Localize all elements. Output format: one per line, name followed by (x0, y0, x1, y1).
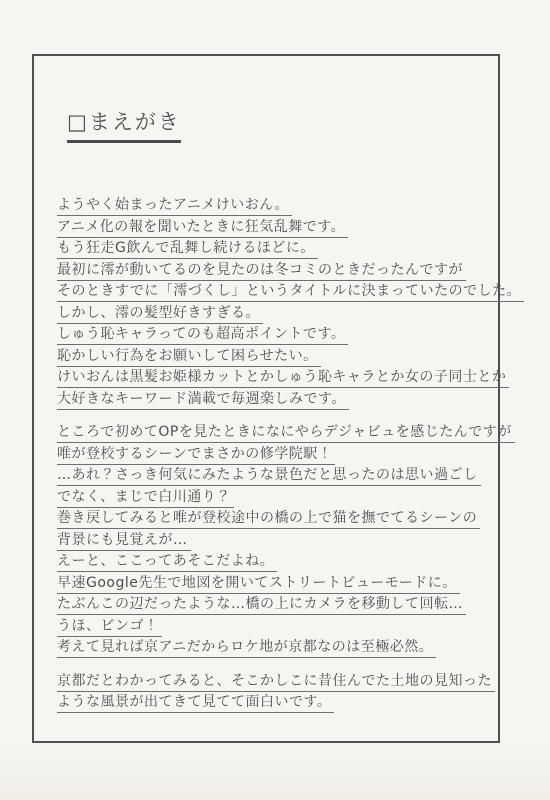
text-line-text: …あれ？さっき何気にみたような景色だと思ったのは思い過ごし (57, 466, 481, 486)
text-line: 大好きなキーワード満載で毎週楽しみです。 (57, 390, 497, 412)
text-line-text: 背景にも見覚えが… (57, 531, 191, 551)
text-line: 恥かしい行為をお願いして困らせたい。 (57, 347, 497, 369)
paragraph-3: 京都だとわかってみると、そこかしこに昔住んでた土地の見知った ような風景が出てき… (57, 672, 497, 715)
text-line-text: アニメ化の報を聞いたときに狂気乱舞です。 (57, 218, 348, 238)
text-line: 考えて見れば京アニだからロケ地が京都なのは至極必然。 (57, 638, 497, 660)
text-line: たぶんこの辺だったような…橋の上にカメラを移動して回転… (57, 595, 497, 617)
text-line-text: うほ、ビンゴ！ (57, 617, 162, 637)
text-line-text: 最初に澪が動いてるのを見たのは冬コミのときだったんですが (57, 261, 466, 281)
text-line-text: しゅう恥キャラってのも超高ポイントです。 (57, 325, 348, 345)
text-line-text: けいおんは黒髪お姫様カットとかしゅう恥キャラとか女の子同士とか (57, 368, 509, 388)
text-line: でなく、まじで白川通り？ (57, 488, 497, 510)
text-line-text: 恥かしい行為をお願いして困らせたい。 (57, 347, 321, 367)
preface-body: ようやく始まったアニメけいおん。 アニメ化の報を聞いたときに狂気乱舞です。 もう… (57, 196, 497, 715)
text-line-text: しかし、澪の髪型好きすぎる。 (57, 304, 263, 324)
preface-heading-text: □まえがき (67, 106, 181, 143)
text-line-text: ような風景が出てきて見てて面白いです。 (57, 693, 334, 713)
text-line: 最初に澪が動いてるのを見たのは冬コミのときだったんですが (57, 261, 497, 283)
paragraph-1: ようやく始まったアニメけいおん。 アニメ化の報を聞いたときに狂気乱舞です。 もう… (57, 196, 497, 411)
text-line: けいおんは黒髪お姫様カットとかしゅう恥キャラとか女の子同士とか (57, 368, 497, 390)
text-line-text: 巻き戻してみると唯が登校途中の橋の上で猫を撫でてるシーンの (57, 509, 480, 529)
text-line-text: でなく、まじで白川通り？ (57, 488, 234, 508)
text-line: ところで初めてOPを見たときになにやらデジャビュを感じたんですが (57, 423, 497, 445)
text-line: うほ、ビンゴ！ (57, 617, 497, 639)
text-line: えーと、ここってあそこだよね。 (57, 552, 497, 574)
scanned-preface-page: { "page": { "heading": "□まえがき", "paragra… (0, 0, 550, 800)
text-line: アニメ化の報を聞いたときに狂気乱舞です。 (57, 218, 497, 240)
text-line: もう狂走G飲んで乱舞し続けるほどに。 (57, 239, 497, 261)
scan-shadow (0, 745, 550, 800)
text-line-text: ようやく始まったアニメけいおん。 (57, 196, 292, 216)
preface-heading: □まえがき (67, 106, 181, 143)
text-line-text: もう狂走G飲んで乱舞し続けるほどに。 (57, 239, 318, 259)
text-line: 巻き戻してみると唯が登校途中の橋の上で猫を撫でてるシーンの (57, 509, 497, 531)
text-line-text: そのときすでに「澪づくし」というタイトルに決まっていたのでした。 (57, 282, 524, 302)
text-line: ようやく始まったアニメけいおん。 (57, 196, 497, 218)
text-line: 背景にも見覚えが… (57, 531, 497, 553)
page-border: □まえがき ようやく始まったアニメけいおん。 アニメ化の報を聞いたときに狂気乱舞… (32, 54, 500, 743)
text-line-text: 大好きなキーワード満載で毎週楽しみです。 (57, 390, 349, 410)
text-line: ような風景が出てきて見てて面白いです。 (57, 693, 497, 715)
text-line: しかし、澪の髪型好きすぎる。 (57, 304, 497, 326)
text-line-text: 早速Google先生で地図を開いてストリートビューモードに。 (57, 574, 460, 594)
text-line-text: 考えて見れば京アニだからロケ地が京都なのは至極必然。 (57, 638, 436, 658)
text-line: しゅう恥キャラってのも超高ポイントです。 (57, 325, 497, 347)
text-line-text: えーと、ここってあそこだよね。 (57, 552, 277, 572)
text-line: 早速Google先生で地図を開いてストリートビューモードに。 (57, 574, 497, 596)
text-line-text: 唯が登校するシーンでまさかの修学院駅！ (57, 445, 335, 465)
text-line-text: 京都だとわかってみると、そこかしこに昔住んでた土地の見知った (57, 672, 495, 692)
text-line: 唯が登校するシーンでまさかの修学院駅！ (57, 445, 497, 467)
paragraph-2: ところで初めてOPを見たときになにやらデジャビュを感じたんですが 唯が登校するシ… (57, 423, 497, 660)
text-line: 京都だとわかってみると、そこかしこに昔住んでた土地の見知った (57, 672, 497, 694)
text-line: そのときすでに「澪づくし」というタイトルに決まっていたのでした。 (57, 282, 497, 304)
text-line-text: たぶんこの辺だったような…橋の上にカメラを移動して回転… (57, 595, 466, 615)
text-line-text: ところで初めてOPを見たときになにやらデジャビュを感じたんですが (57, 423, 515, 443)
text-line: …あれ？さっき何気にみたような景色だと思ったのは思い過ごし (57, 466, 497, 488)
